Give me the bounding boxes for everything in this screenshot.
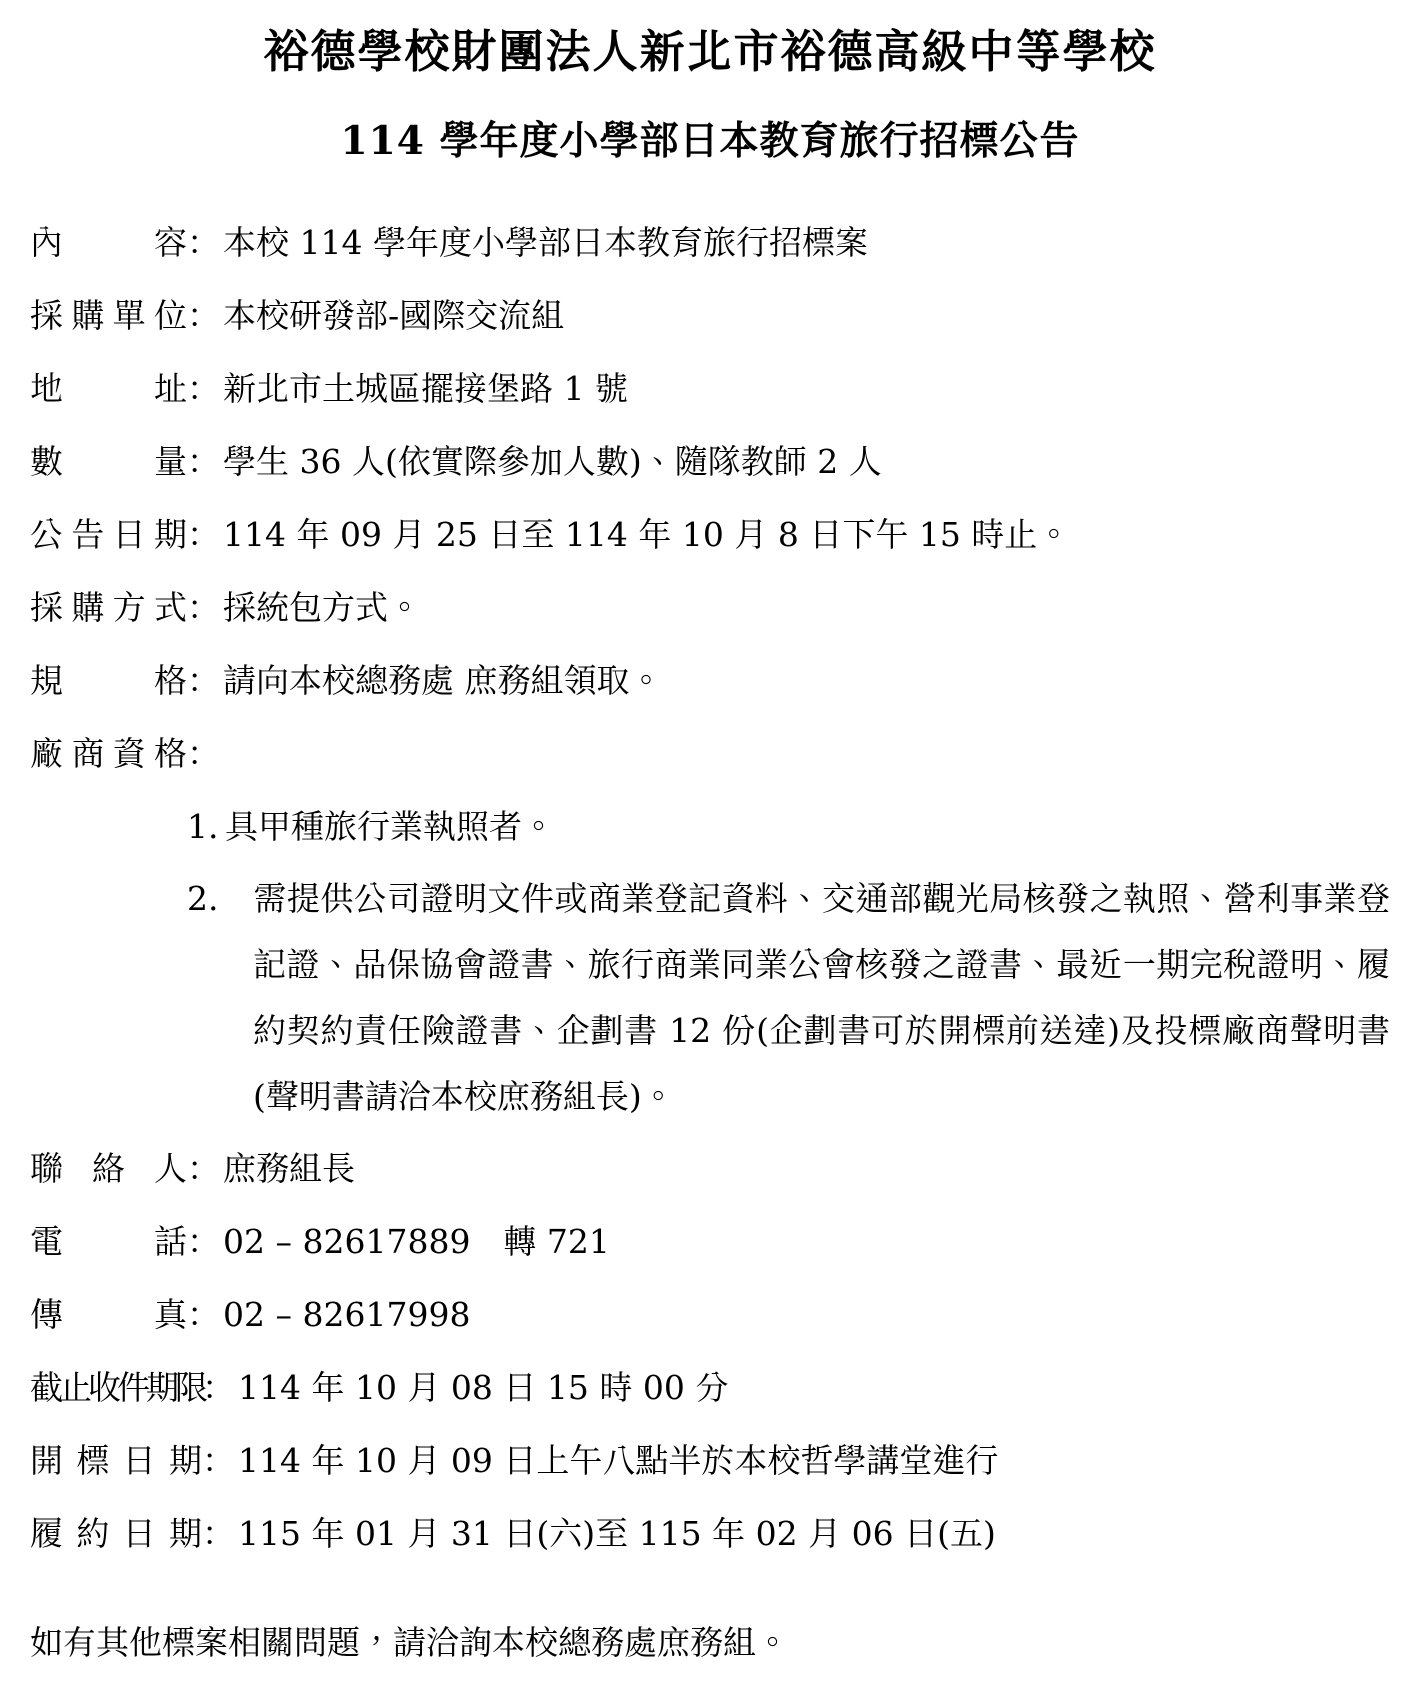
field-colon: ： (187, 356, 223, 421)
field-colon: ： (187, 1209, 223, 1274)
field-row-bid-opening-date: 開標日期：114 年 10 月 09 日上午八點半於本校哲學講堂進行 (30, 1428, 1390, 1493)
field-row-purchasing-method: 採購方式：採統包方式。 (30, 575, 1390, 640)
field-colon: ： (202, 1428, 238, 1493)
field-value: 庶務組長 (223, 1136, 1390, 1201)
field-value: 請向本校總務處 庶務組領取。 (223, 648, 1390, 713)
field-value: 新北市土城區擺接堡路 1 號 (223, 356, 1390, 421)
field-label: 數量 (30, 429, 187, 494)
field-value: 本校 114 學年度小學部日本教育旅行招標案 (223, 210, 1390, 275)
field-value: 本校研發部-國際交流組 (223, 283, 1390, 348)
field-label: 電話 (30, 1209, 187, 1274)
field-label: 傳真 (30, 1282, 187, 1347)
field-label: 截止收件期限 (30, 1355, 202, 1420)
field-label: 採購方式 (30, 575, 187, 640)
field-row-submission-deadline: 截止收件期限：114 年 10 月 08 日 15 時 00 分 (30, 1355, 1390, 1420)
field-colon: ： (187, 283, 223, 348)
field-colon: ： (187, 1282, 223, 1347)
field-colon: ： (202, 1501, 238, 1566)
field-colon: ： (187, 429, 223, 494)
field-value: 114 年 10 月 08 日 15 時 00 分 (238, 1355, 1390, 1420)
field-value: 114 年 10 月 09 日上午八點半於本校哲學講堂進行 (238, 1428, 1390, 1493)
field-colon: ： (187, 1136, 223, 1201)
document-title: 裕德學校財團法人新北市裕德高級中等學校 (30, 26, 1390, 78)
field-label: 內容 (30, 210, 187, 275)
field-row-purchasing-unit: 採購單位：本校研發部-國際交流組 (30, 283, 1390, 348)
field-label: 開標日期 (30, 1428, 202, 1493)
field-row-fax: 傳真：02 – 82617998 (30, 1282, 1390, 1347)
document-subtitle: 114 學年度小學部日本教育旅行招標公告 (30, 118, 1390, 164)
field-row-content: 內容：本校 114 學年度小學部日本教育旅行招標案 (30, 210, 1390, 275)
field-value: 114 年 09 月 25 日至 114 年 10 月 8 日下午 15 時止。 (223, 502, 1390, 567)
field-value: 115 年 01 月 31 日(六)至 115 年 02 月 06 日(五) (238, 1501, 1390, 1566)
field-row-announcement-period: 公告日期：114 年 09 月 25 日至 114 年 10 月 8 日下午 1… (30, 502, 1390, 567)
field-row-phone: 電話：02 – 82617889 轉 721 (30, 1209, 1390, 1274)
field-value: 02 – 82617889 轉 721 (223, 1209, 1390, 1274)
field-value: 採統包方式。 (223, 575, 1390, 640)
field-label: 採購單位 (30, 283, 187, 348)
field-row-vendor-qualification: 廠商資格： (30, 721, 1390, 786)
field-value: 02 – 82617998 (223, 1282, 1390, 1347)
field-row-address: 地址：新北市土城區擺接堡路 1 號 (30, 356, 1390, 421)
field-colon: ： (187, 502, 223, 567)
field-row-performance-date: 履約日期：115 年 01 月 31 日(六)至 115 年 02 月 06 日… (30, 1501, 1390, 1566)
field-label: 廠商資格 (30, 721, 187, 786)
field-colon: ： (187, 210, 223, 275)
field-row-specification: 規格：請向本校總務處 庶務組領取。 (30, 648, 1390, 713)
item-text: 具甲種旅行業執照者。 (225, 807, 555, 846)
field-label: 聯絡人 (30, 1136, 187, 1201)
field-row-contact-person: 聯絡人：庶務組長 (30, 1136, 1390, 1201)
field-value: 學生 36 人(依實際參加人數)、隨隊教師 2 人 (223, 429, 1390, 494)
field-row-quantity: 數量：學生 36 人(依實際參加人數)、隨隊教師 2 人 (30, 429, 1390, 494)
item-marker: 1. (187, 794, 225, 860)
closing-note: 如有其他標案相關問題，請洽詢本校總務處庶務組。 (30, 1610, 1390, 1676)
list-item: 1.具甲種旅行業執照者。 (187, 794, 1390, 860)
field-colon: ： (187, 721, 223, 786)
field-label: 公告日期 (30, 502, 187, 567)
qualification-list: 1.具甲種旅行業執照者。 2.需提供公司證明文件或商業登記資料、交通部觀光局核發… (187, 794, 1390, 1130)
field-label: 履約日期 (30, 1501, 202, 1566)
field-label: 地址 (30, 356, 187, 421)
list-item: 2.需提供公司證明文件或商業登記資料、交通部觀光局核發之執照、營利事業登記證、品… (187, 866, 1390, 1130)
field-label: 規格 (30, 648, 187, 713)
item-marker: 2. (187, 866, 253, 932)
field-colon: ： (187, 575, 223, 640)
field-colon: ： (202, 1355, 238, 1420)
field-colon: ： (187, 648, 223, 713)
document-page: 裕德學校財團法人新北市裕德高級中等學校 114 學年度小學部日本教育旅行招標公告… (0, 0, 1420, 1689)
item-text: 需提供公司證明文件或商業登記資料、交通部觀光局核發之執照、營利事業登記證、品保協… (253, 879, 1390, 1116)
